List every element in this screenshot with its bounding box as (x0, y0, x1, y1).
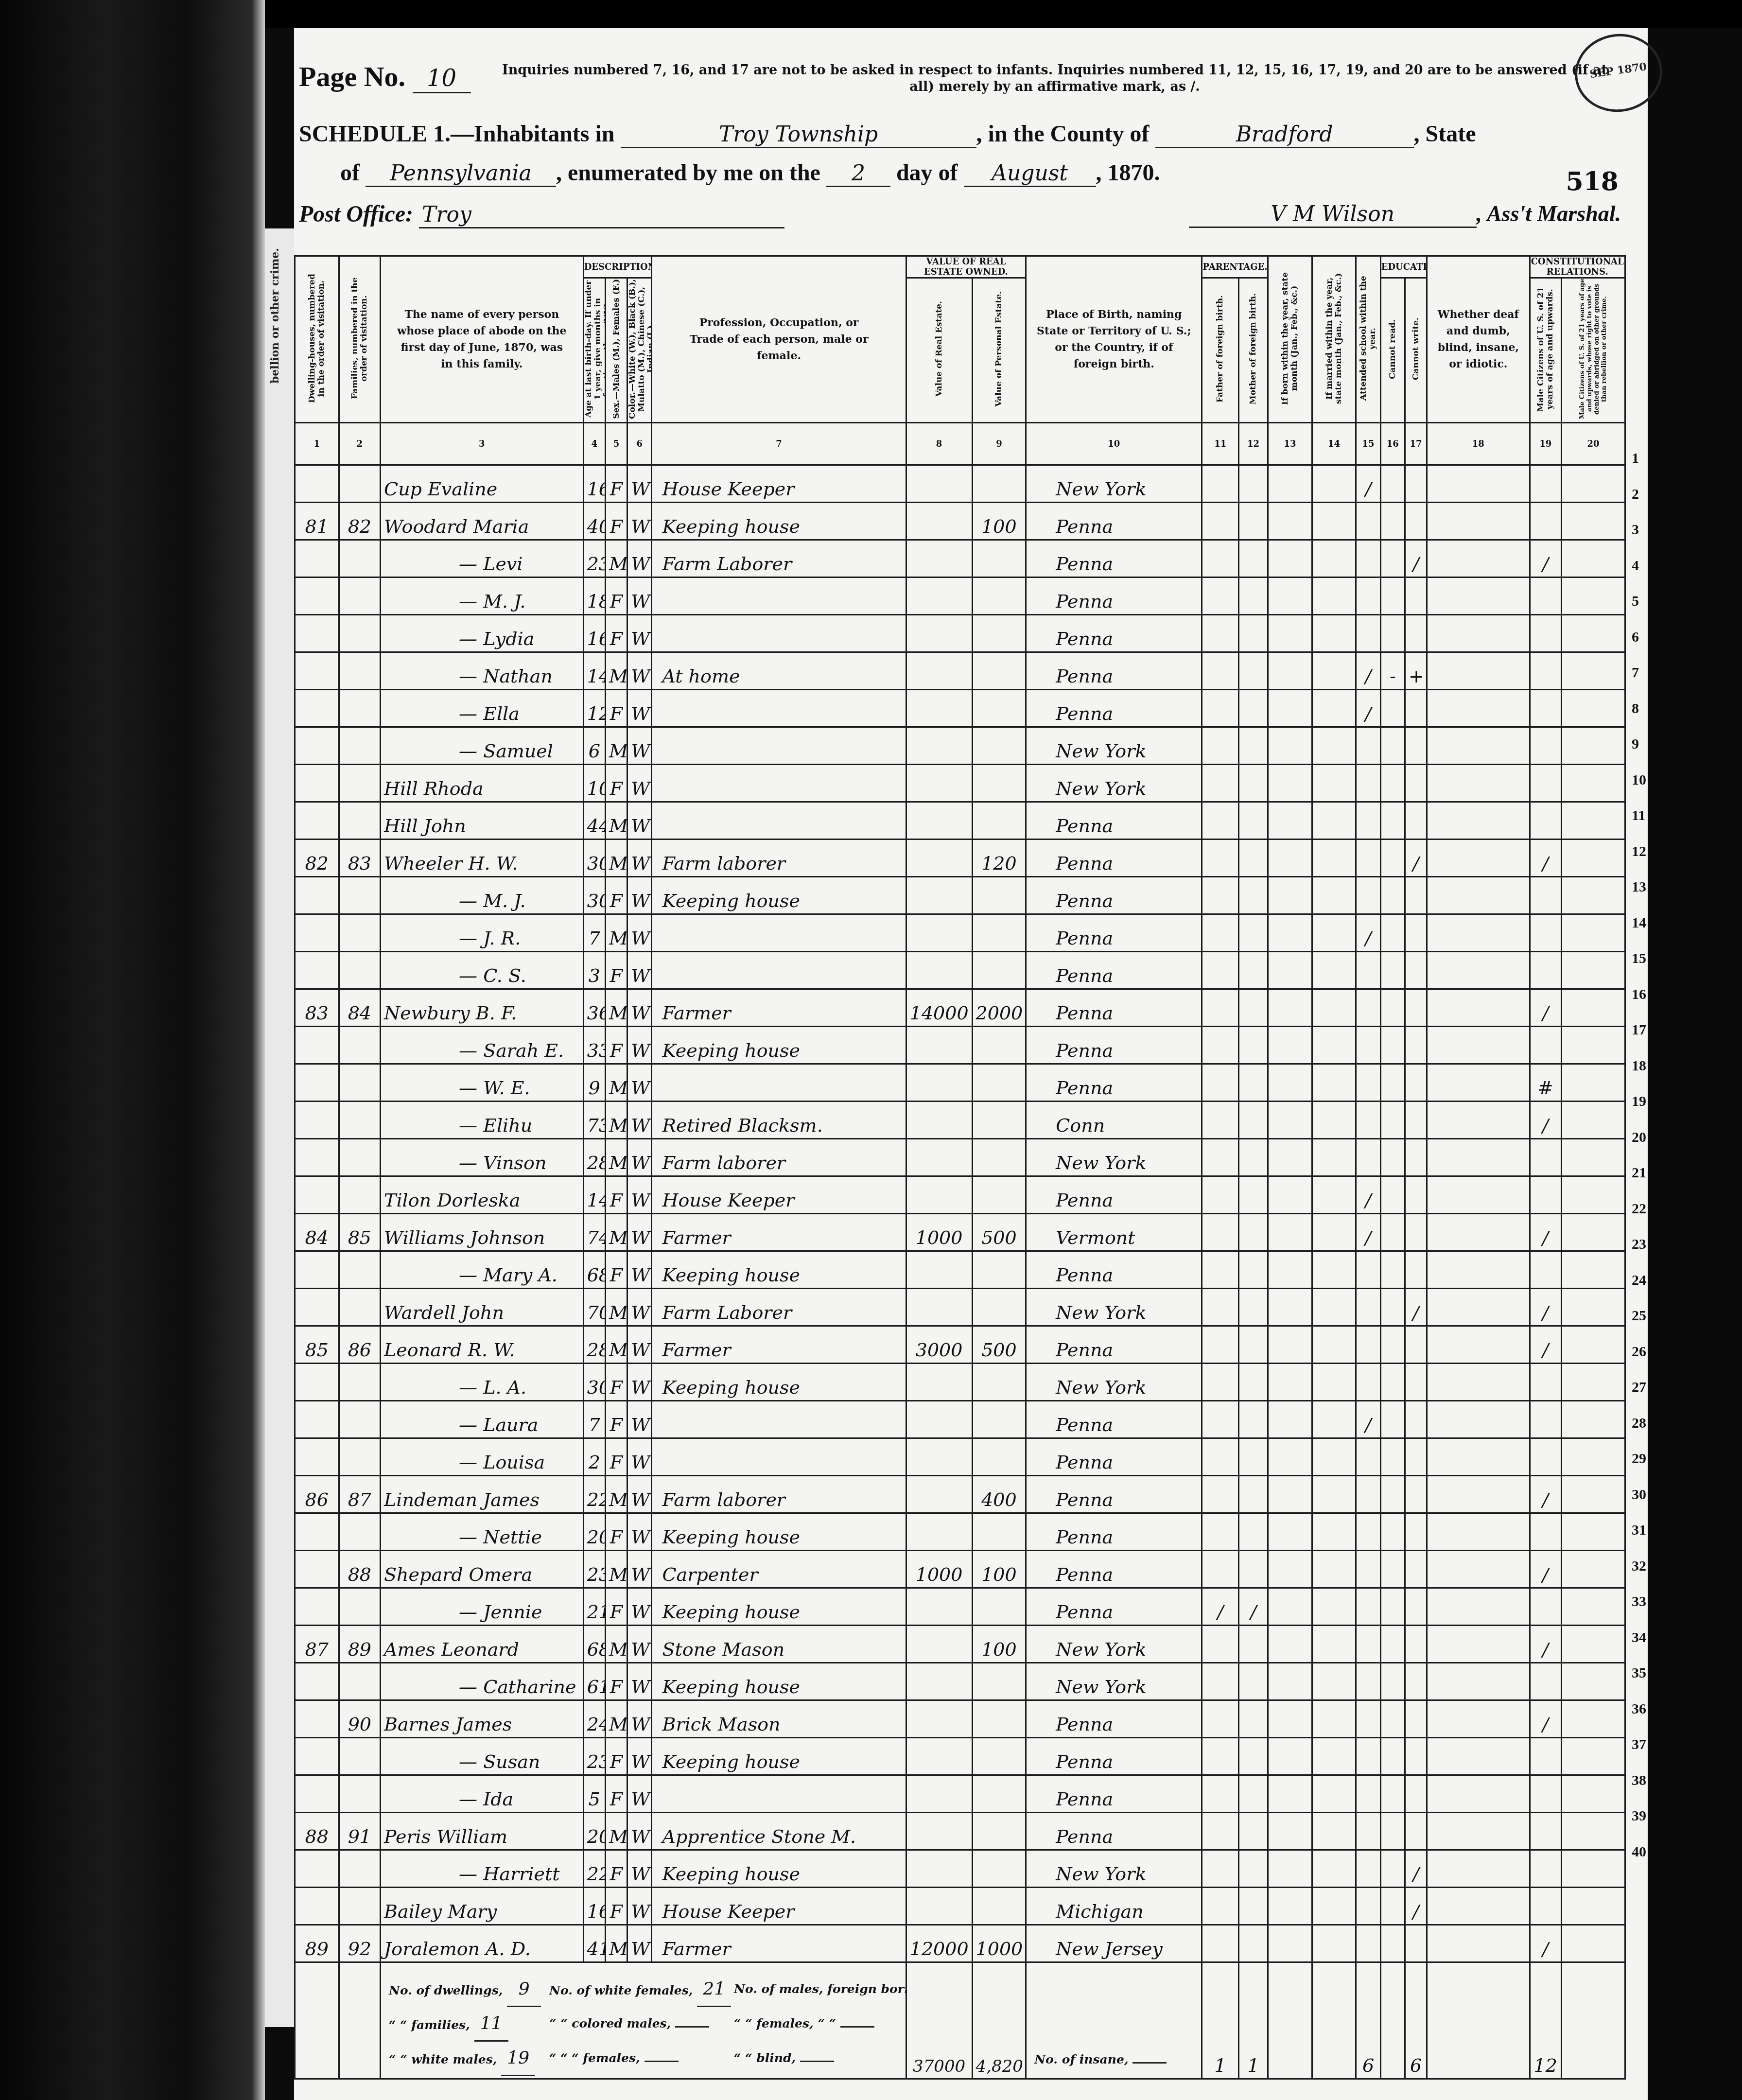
cell-c20 (1561, 877, 1625, 914)
cell-real (906, 1813, 972, 1850)
table-row: 8586Leonard R. W.28MWFarmer3000500Penna/ (295, 1326, 1625, 1364)
white-females-label: No. of white females, (549, 1983, 693, 1997)
cell-c14 (1312, 1850, 1356, 1888)
cell-c13 (1268, 989, 1312, 1027)
cell-c18 (1427, 1176, 1530, 1214)
cell-c17 (1405, 1102, 1427, 1139)
cell-c19 (1530, 914, 1561, 952)
header-c12: Mother of foreign birth. (1238, 278, 1268, 423)
enumerated-label: , enumerated by me on the (556, 160, 820, 186)
table-row: — Elihu73MWRetired Blacksm.Conn/ (295, 1102, 1625, 1139)
cell-c14 (1312, 1102, 1356, 1139)
cell-c20 (1561, 1401, 1625, 1438)
cell-family (339, 1738, 381, 1775)
white-males-count: “ “ white males, 19 (389, 2042, 549, 2076)
cell-age: 74 (583, 1214, 605, 1251)
cell-personal: 100 (972, 503, 1026, 540)
cell-c19 (1530, 690, 1561, 727)
cell-c11 (1202, 802, 1238, 840)
cell-sex: F (605, 690, 627, 727)
cell-c19: / (1530, 1626, 1561, 1663)
cell-c16 (1380, 765, 1405, 802)
header-c1-text: Dwelling-houses, numbered in the order o… (308, 268, 326, 409)
cell-c11 (1202, 1700, 1238, 1738)
cell-c13 (1268, 1214, 1312, 1251)
cell-age: 14 (583, 652, 605, 690)
cell-c17: / (1405, 1888, 1427, 1925)
line-number: 28 (1632, 1415, 1646, 1432)
cell-c16 (1380, 1738, 1405, 1775)
cell-c14 (1312, 465, 1356, 503)
cell-c17 (1405, 615, 1427, 652)
cell-c18 (1427, 615, 1530, 652)
cell-personal (972, 465, 1026, 503)
cell-c15 (1356, 1364, 1380, 1401)
table-row: — Susan23FWKeeping housePenna (295, 1738, 1625, 1775)
cell-c12 (1238, 615, 1268, 652)
cell-c17 (1405, 1551, 1427, 1588)
cell-c15 (1356, 1289, 1380, 1326)
line-number: 38 (1632, 1772, 1646, 1789)
header-c13-text: If born within the year, state month (Ja… (1281, 268, 1299, 409)
cell-dwelling: 83 (295, 989, 339, 1027)
post-office-value: Troy (419, 202, 784, 228)
cell-c18 (1427, 465, 1530, 503)
cell-age: 70 (583, 1289, 605, 1326)
cell-birth: Penna (1026, 1588, 1202, 1626)
column-number: 6 (627, 423, 652, 465)
cell-c15 (1356, 1626, 1380, 1663)
cell-family (339, 914, 381, 952)
cell-sex: F (605, 1888, 627, 1925)
line-number: 18 (1632, 1058, 1646, 1074)
table-row: — Sarah E.33FWKeeping housePenna (295, 1027, 1625, 1064)
summary-row: No. of dwellings, 9 No. of white females… (295, 1962, 1625, 2079)
cell-personal (972, 952, 1026, 989)
cell-age: 20 (583, 1513, 605, 1551)
cell-c20 (1561, 1738, 1625, 1775)
header-c9-text: Value of Personal Estate. (994, 291, 1004, 407)
line-number: 20 (1632, 1129, 1646, 1146)
cell-family (339, 1364, 381, 1401)
cell-dwelling (295, 652, 339, 690)
real-estate-total: 37000 (906, 1962, 972, 2079)
cell-real (906, 1401, 972, 1438)
facing-page-edge: bellion or other crime. (265, 228, 296, 2027)
cell-c18 (1427, 1551, 1530, 1588)
cell-color: W (627, 1102, 652, 1139)
cell-color: W (627, 1925, 652, 1962)
cell-c13 (1268, 690, 1312, 727)
cell-sex: M (605, 1626, 627, 1663)
cell-sex: F (605, 952, 627, 989)
cell-color: W (627, 952, 652, 989)
header-real-estate-group: VALUE OF REAL ESTATE OWNED. (906, 256, 1026, 278)
cell-occupation: Keeping house (652, 1663, 906, 1700)
cell-c14 (1312, 1813, 1356, 1850)
cell-c15 (1356, 540, 1380, 577)
cell-dwelling (295, 1102, 339, 1139)
cell-age: 44 (583, 802, 605, 840)
cell-personal (972, 1588, 1026, 1626)
cell-c13 (1268, 1513, 1312, 1551)
cell-occupation (652, 914, 906, 952)
cell-dwelling (295, 690, 339, 727)
cell-personal (972, 914, 1026, 952)
header-c5-text: Sex.—Males (M.), Females (F.) (612, 279, 621, 419)
cell-personal (972, 1888, 1026, 1925)
cell-birth: New York (1026, 1626, 1202, 1663)
foreign-females-count: “ “ females, “ “ (734, 2007, 906, 2042)
cell-c16: - (1380, 652, 1405, 690)
cell-c20 (1561, 1813, 1625, 1850)
cell-birth: Penna (1026, 1813, 1202, 1850)
cell-c17 (1405, 727, 1427, 765)
cell-c11 (1202, 989, 1238, 1027)
cell-c16 (1380, 1551, 1405, 1588)
cell-sex: M (605, 1551, 627, 1588)
cell-real (906, 802, 972, 840)
cell-c17 (1405, 503, 1427, 540)
cell-c18 (1427, 1813, 1530, 1850)
cell-sex: F (605, 877, 627, 914)
cell-occupation: Carpenter (652, 1551, 906, 1588)
line-number: 2 (1632, 486, 1639, 503)
cell-family (339, 1064, 381, 1102)
cell-c18 (1427, 1289, 1530, 1326)
cell-c16 (1380, 1401, 1405, 1438)
cell-age: 2 (583, 1438, 605, 1476)
cell-sex: M (605, 1925, 627, 1962)
line-number: 30 (1632, 1487, 1646, 1503)
cell-real (906, 1513, 972, 1551)
cell-color: W (627, 1326, 652, 1364)
cell-c18 (1427, 1364, 1530, 1401)
cell-c18 (1427, 1214, 1530, 1251)
summary-spacer (339, 1962, 381, 2079)
line-number: 16 (1632, 986, 1646, 1003)
cell-age: 30 (583, 1364, 605, 1401)
header-c17-text: Cannot write. (1411, 317, 1421, 380)
column-number: 7 (652, 423, 906, 465)
cell-name: Leonard R. W. (381, 1326, 584, 1364)
cell-c14 (1312, 1214, 1356, 1251)
cell-name: Ames Leonard (381, 1626, 584, 1663)
line-number: 5 (1632, 593, 1639, 610)
cell-c17: / (1405, 840, 1427, 877)
cell-color: W (627, 877, 652, 914)
cell-personal (972, 1813, 1026, 1850)
white-males-label: “ “ white males, (389, 2052, 497, 2066)
cell-sex: F (605, 1588, 627, 1626)
cell-c12 (1238, 1176, 1268, 1214)
cell-c12 (1238, 1700, 1268, 1738)
cell-occupation: Farmer (652, 989, 906, 1027)
cell-c12 (1238, 1027, 1268, 1064)
cell-sex: M (605, 840, 627, 877)
cell-personal (972, 1251, 1026, 1289)
cell-c19 (1530, 615, 1561, 652)
cell-c20 (1561, 540, 1625, 577)
cell-family: 88 (339, 1551, 381, 1588)
table-row: 8687Lindeman James22MWFarm laborer400Pen… (295, 1476, 1625, 1513)
cell-c13 (1268, 1626, 1312, 1663)
cell-occupation (652, 615, 906, 652)
cell-c11 (1202, 503, 1238, 540)
cell-occupation (652, 727, 906, 765)
cell-age: 68 (583, 1251, 605, 1289)
cell-color: W (627, 1738, 652, 1775)
cell-color: W (627, 540, 652, 577)
cell-color: W (627, 1214, 652, 1251)
cell-c11 (1202, 1214, 1238, 1251)
cell-c12 (1238, 914, 1268, 952)
cell-c11 (1202, 1476, 1238, 1513)
cell-c17 (1405, 1513, 1427, 1551)
column-number: 1 (295, 423, 339, 465)
cell-name: — Sarah E. (381, 1027, 584, 1064)
cell-sex: M (605, 1289, 627, 1326)
cell-c15 (1356, 1663, 1380, 1700)
cell-personal (972, 1401, 1026, 1438)
header-group-row: Dwelling-houses, numbered in the order o… (295, 256, 1625, 278)
cell-c20 (1561, 765, 1625, 802)
cell-family: 89 (339, 1626, 381, 1663)
cell-family (339, 1401, 381, 1438)
cell-real (906, 1251, 972, 1289)
cell-family (339, 1176, 381, 1214)
cell-dwelling (295, 802, 339, 840)
census-body: Cup Evaline16FWHouse KeeperNew York/8182… (295, 465, 1625, 1962)
cell-sex: F (605, 615, 627, 652)
header-c7: Profession, Occupation, or Trade of each… (652, 256, 906, 423)
cell-c15: / (1356, 465, 1380, 503)
cell-c15 (1356, 1476, 1380, 1513)
cell-color: W (627, 577, 652, 615)
scan-right-margin (1648, 28, 1742, 2100)
cell-color: W (627, 1588, 652, 1626)
cell-personal: 500 (972, 1214, 1026, 1251)
cell-personal (972, 1438, 1026, 1476)
cell-c14 (1312, 540, 1356, 577)
cell-c19 (1530, 1176, 1561, 1214)
table-row: — Samuel6MWNew York (295, 727, 1625, 765)
cell-family (339, 1289, 381, 1326)
cell-c16 (1380, 1476, 1405, 1513)
cell-c18 (1427, 1925, 1530, 1962)
cell-personal (972, 1850, 1026, 1888)
cell-c13 (1268, 1102, 1312, 1139)
cell-occupation (652, 765, 906, 802)
header-c12-text: Mother of foreign birth. (1249, 293, 1258, 404)
cell-birth: Penna (1026, 1027, 1202, 1064)
cell-c18 (1427, 577, 1530, 615)
cell-c15 (1356, 1139, 1380, 1176)
cell-c12 (1238, 1888, 1268, 1925)
cell-real (906, 1588, 972, 1626)
cell-family (339, 690, 381, 727)
cell-color: W (627, 840, 652, 877)
cell-dwelling: 81 (295, 503, 339, 540)
cell-c15 (1356, 1102, 1380, 1139)
cell-c14 (1312, 1289, 1356, 1326)
cell-name: — Harriett (381, 1850, 584, 1888)
cell-age: 36 (583, 989, 605, 1027)
cell-name: — J. R. (381, 914, 584, 952)
blind-label: “ “ blind, (734, 2051, 796, 2065)
cell-birth: Penna (1026, 1401, 1202, 1438)
cell-birth: Penna (1026, 877, 1202, 914)
line-number: 22 (1632, 1201, 1646, 1217)
cell-occupation: Keeping house (652, 1588, 906, 1626)
cell-dwelling (295, 1738, 339, 1775)
cell-c20 (1561, 1850, 1625, 1888)
line-number: 39 (1632, 1808, 1646, 1824)
cell-c12 (1238, 1139, 1268, 1176)
cell-family (339, 802, 381, 840)
header-c6: Color.—White (W.), Black (B.), Mulatto (… (627, 278, 652, 423)
cell-c16 (1380, 877, 1405, 914)
cell-real (906, 914, 972, 952)
cell-c13 (1268, 1139, 1312, 1176)
cell-c11 (1202, 952, 1238, 989)
cell-family (339, 1513, 381, 1551)
cell-c12 (1238, 1551, 1268, 1588)
cell-c12 (1238, 1289, 1268, 1326)
cell-age: 73 (583, 1102, 605, 1139)
cell-c14 (1312, 1139, 1356, 1176)
cell-c20 (1561, 1588, 1625, 1626)
column-number: 3 (381, 423, 584, 465)
cell-name: Bailey Mary (381, 1888, 584, 1925)
cell-c15 (1356, 840, 1380, 877)
cell-c13 (1268, 727, 1312, 765)
cell-c14 (1312, 1888, 1356, 1925)
cell-c19 (1530, 1588, 1561, 1626)
cell-c12 (1238, 802, 1268, 840)
cell-c16 (1380, 1513, 1405, 1551)
cell-c12 (1238, 1850, 1268, 1888)
cell-c15 (1356, 1027, 1380, 1064)
cell-age: 16 (583, 615, 605, 652)
cell-occupation: Farm laborer (652, 1476, 906, 1513)
cell-c15 (1356, 1888, 1380, 1925)
cell-c18 (1427, 1588, 1530, 1626)
cell-personal (972, 540, 1026, 577)
cell-real (906, 952, 972, 989)
cell-c19: / (1530, 1551, 1561, 1588)
cell-sex: F (605, 577, 627, 615)
cell-dwelling (295, 1888, 339, 1925)
insane-count: No. of insane, (1026, 1962, 1202, 2079)
cell-color: W (627, 1813, 652, 1850)
cell-personal (972, 1102, 1026, 1139)
cell-c15: / (1356, 1401, 1380, 1438)
cell-c20 (1561, 1663, 1625, 1700)
cell-c11 (1202, 690, 1238, 727)
cell-c18 (1427, 1027, 1530, 1064)
column-number: 16 (1380, 423, 1405, 465)
table-row: Tilon Dorleska14FWHouse KeeperPenna/ (295, 1176, 1625, 1214)
cell-birth: New York (1026, 1364, 1202, 1401)
cell-name: — Susan (381, 1738, 584, 1775)
state-line: of Pennsylvania, enumerated by me on the… (340, 159, 1160, 187)
table-row: Cup Evaline16FWHouse KeeperNew York/ (295, 465, 1625, 503)
cell-c11 (1202, 1888, 1238, 1925)
cell-c15: / (1356, 690, 1380, 727)
cell-c16 (1380, 1775, 1405, 1813)
cell-c16 (1380, 914, 1405, 952)
column-number: 18 (1427, 423, 1530, 465)
column-number: 9 (972, 423, 1026, 465)
cell-color: W (627, 802, 652, 840)
cell-dwelling (295, 1775, 339, 1813)
cell-c13 (1268, 1813, 1312, 1850)
marshal-title: , Ass't Marshal. (1477, 201, 1621, 226)
cell-c14 (1312, 1438, 1356, 1476)
cell-c20 (1561, 1438, 1625, 1476)
cell-c18 (1427, 914, 1530, 952)
table-row: — Harriett22FWKeeping houseNew York/ (295, 1850, 1625, 1888)
cell-c13 (1268, 465, 1312, 503)
cell-c19 (1530, 802, 1561, 840)
cell-family (339, 877, 381, 914)
cell-c16 (1380, 1176, 1405, 1214)
cell-c20 (1561, 802, 1625, 840)
cell-c14 (1312, 952, 1356, 989)
cell-c11 (1202, 765, 1238, 802)
cell-dwelling (295, 1289, 339, 1326)
cell-sex: M (605, 1476, 627, 1513)
cell-c20 (1561, 577, 1625, 615)
cell-age: 12 (583, 690, 605, 727)
cell-color: W (627, 1401, 652, 1438)
line-number: 29 (1632, 1451, 1646, 1467)
cell-c11 (1202, 1551, 1238, 1588)
cell-sex: M (605, 802, 627, 840)
table-row: — Laura7FWPenna/ (295, 1401, 1625, 1438)
cell-c19: / (1530, 1476, 1561, 1513)
cell-c18 (1427, 765, 1530, 802)
cell-color: W (627, 1476, 652, 1513)
cell-c16 (1380, 1027, 1405, 1064)
cell-family (339, 1438, 381, 1476)
cell-c12 (1238, 540, 1268, 577)
cell-age: 18 (583, 577, 605, 615)
cell-real (906, 1176, 972, 1214)
cell-family (339, 652, 381, 690)
cell-sex: M (605, 652, 627, 690)
cell-name: Tilon Dorleska (381, 1176, 584, 1214)
cell-age: 22 (583, 1850, 605, 1888)
cell-c12 (1238, 1251, 1268, 1289)
cell-occupation: Apprentice Stone M. (652, 1813, 906, 1850)
blind-count: “ “ blind, (734, 2042, 906, 2076)
header-c13: If born within the year, state month (Ja… (1268, 256, 1312, 423)
cell-occupation: Farm laborer (652, 840, 906, 877)
cell-c16 (1380, 577, 1405, 615)
cell-age: 23 (583, 1551, 605, 1588)
cell-occupation: Farm laborer (652, 1139, 906, 1176)
colored-females-label: “ “ “ females, (549, 2051, 640, 2065)
cell-color: W (627, 765, 652, 802)
cell-c14 (1312, 802, 1356, 840)
header-description-group: DESCRIPTION. (583, 256, 652, 278)
cell-c19: / (1530, 1214, 1561, 1251)
cell-c11 (1202, 465, 1238, 503)
cell-color: W (627, 1176, 652, 1214)
facing-page-text: bellion or other crime. (269, 248, 281, 384)
